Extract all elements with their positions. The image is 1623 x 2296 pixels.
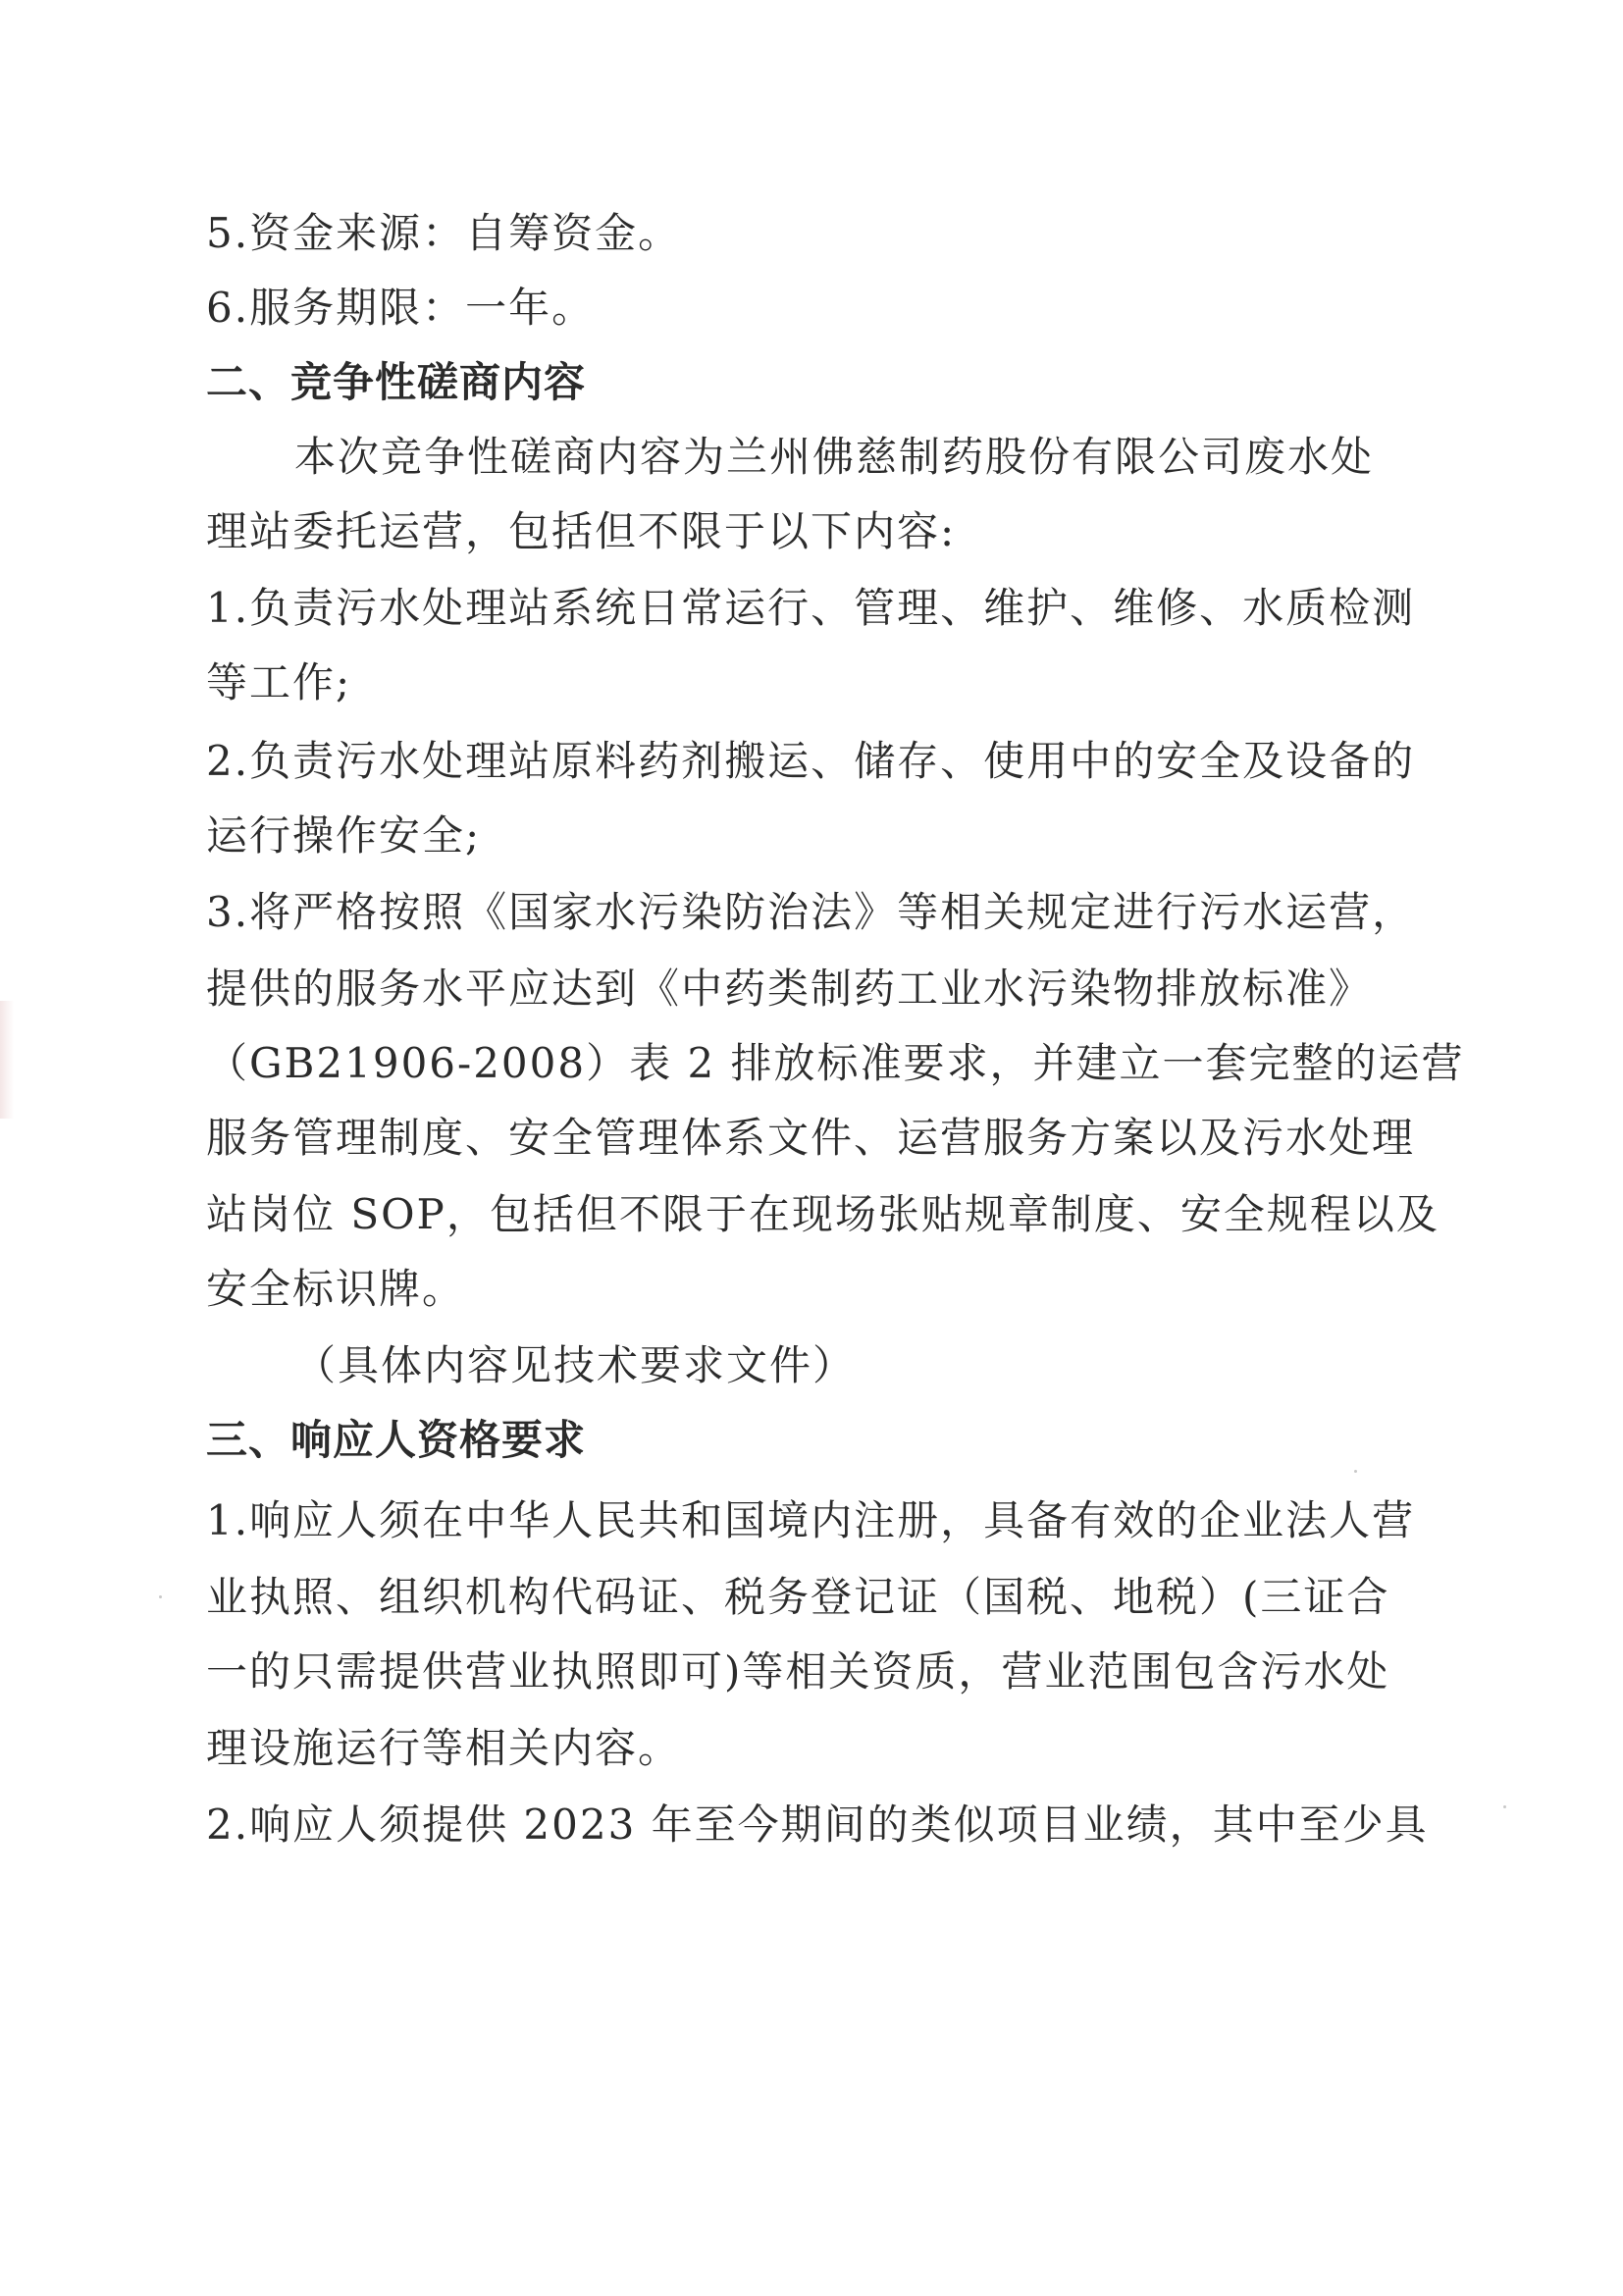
section-2-item-3-line-3: （GB21906-2008）表 2 排放标准要求，并建立一套完整的运营 <box>206 1034 1465 1093</box>
section-2-item-3-line-2: 提供的服务水平应达到《中药类制药工业水污染物排放标准》 <box>206 960 1372 1018</box>
section-2-item-2-line-2: 运行操作安全; <box>206 807 481 865</box>
section-3-item-1-line-2: 业执照、组织机构代码证、税务登记证（国税、地税）(三证合 <box>206 1568 1389 1627</box>
section-2-item-1-line-2: 等工作; <box>206 653 351 712</box>
scan-speck <box>1354 1470 1357 1473</box>
section-2-item-2-line-1: 2.负责污水处理站原料药剂搬运、储存、使用中的安全及设备的 <box>206 732 1415 791</box>
document-page: 5.资金来源：自筹资金。 6.服务期限：一年。 二、竞争性磋商内容 本次竞争性磋… <box>0 0 1623 2296</box>
scan-edge-mark <box>0 1001 14 1119</box>
section-3-item-1-line-3: 一的只需提供营业执照即可)等相关资质，营业范围包含污水处 <box>206 1643 1389 1701</box>
section-2-intro-line-1: 本次竞争性磋商内容为兰州佛慈制药股份有限公司废水处 <box>294 428 1374 487</box>
scan-speck <box>159 1595 162 1598</box>
section-2-item-1-line-1: 1.负责污水处理站系统日常运行、管理、维护、维修、水质检测 <box>206 579 1415 638</box>
section-3-item-2-line-1: 2.响应人须提供 2023 年至今期间的类似项目业绩，其中至少具 <box>206 1796 1429 1854</box>
section-3-item-1-line-4: 理设施运行等相关内容。 <box>206 1719 681 1778</box>
service-period-item: 6.服务期限：一年。 <box>206 279 595 338</box>
section-2-item-3-line-4: 服务管理制度、安全管理体系文件、运营服务方案以及污水处理 <box>206 1109 1415 1168</box>
section-2-item-3-line-5: 站岗位 SOP，包括但不限于在现场张贴规章制度、安全规程以及 <box>206 1185 1440 1244</box>
scan-speck <box>1503 1805 1506 1808</box>
section-2-item-3-line-1: 3.将严格按照《国家水污染防治法》等相关规定进行污水运营， <box>206 883 1415 942</box>
section-2-heading: 二、竞争性磋商内容 <box>206 353 586 412</box>
section-3-heading: 三、响应人资格要求 <box>206 1411 586 1470</box>
section-2-note: （具体内容见技术要求文件） <box>294 1336 856 1395</box>
section-2-intro-line-2: 理站委托运营，包括但不限于以下内容: <box>206 502 956 561</box>
funding-source-item: 5.资金来源：自筹资金。 <box>206 204 681 263</box>
section-3-item-1-line-1: 1.响应人须在中华人民共和国境内注册，具备有效的企业法人营 <box>206 1491 1415 1550</box>
section-2-item-3-line-6: 安全标识牌。 <box>206 1260 465 1319</box>
